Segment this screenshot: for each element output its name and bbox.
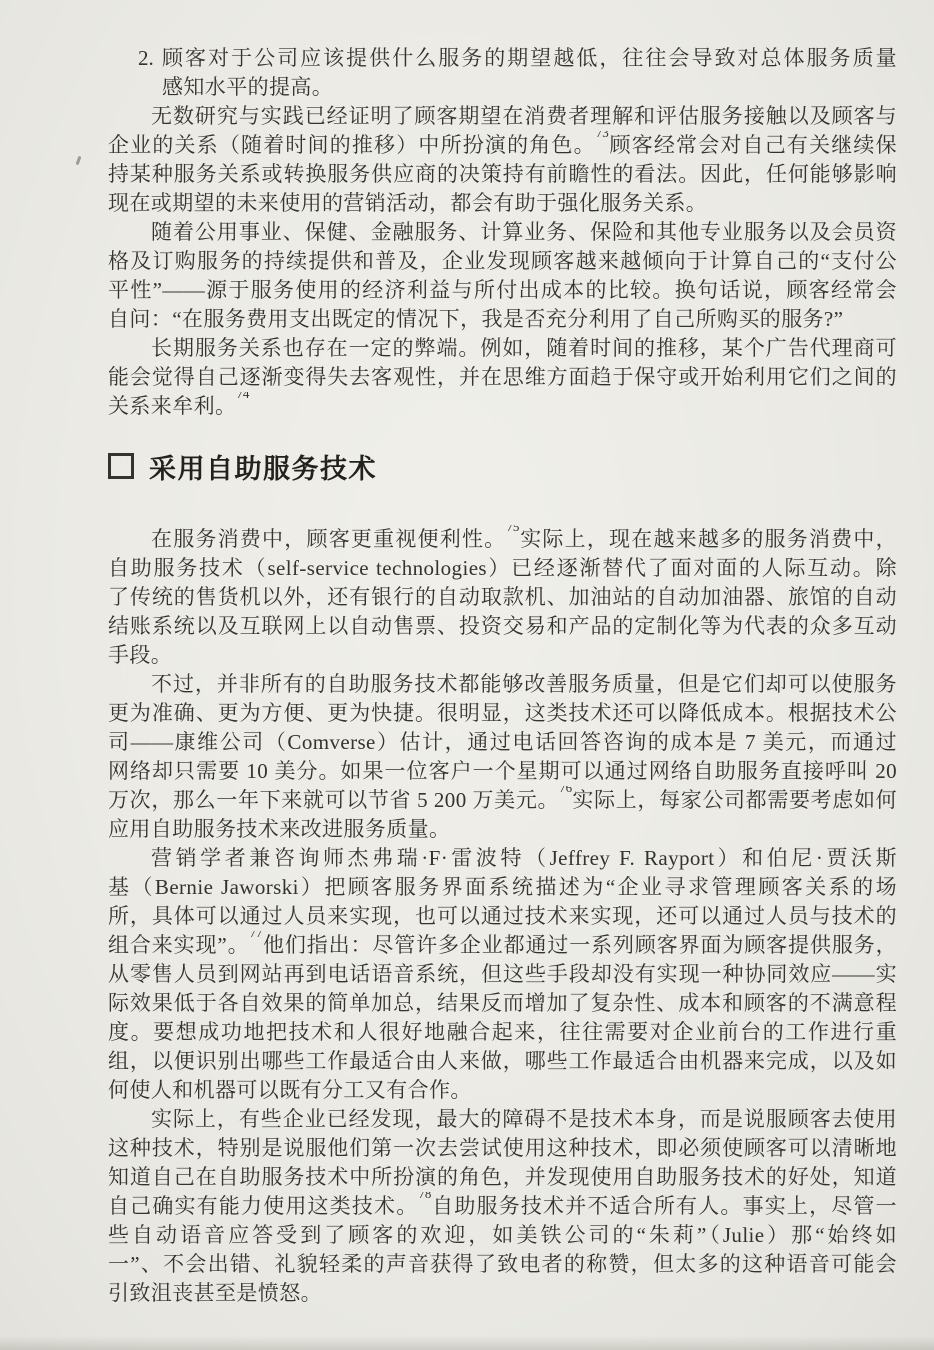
text-line: 司——康维公司（Comverse）估计，通过电话回答咨询的成本是 7 美元，而通…	[108, 728, 897, 757]
document-content: 2.顾客对于公司应该提供什么服务的期望越低，往往会导致对总体服务质量感知水平的提…	[108, 44, 897, 1308]
square-bullet-icon	[108, 453, 134, 479]
scan-speck-artifact	[76, 156, 82, 165]
paragraph: 实际上，有些企业已经发现，最大的障碍不是技术本身，而是说服顾客去使用这种技术，特…	[108, 1105, 897, 1308]
text-line: 知道自己在自助服务技术中所扮演的角色，并发现使用自助服务技术的好处，知道	[108, 1163, 897, 1192]
paragraph: 不过，并非所有的自助服务技术都能够改善服务质量，但是它们却可以使服务更为准确、更…	[108, 670, 897, 844]
text-line: 企业的关系（随着时间的推移）中所扮演的角色。73顾客经常会对自己有关继续保	[108, 131, 897, 160]
text-line: 更为准确、更为方便、更为快捷。很明显，这类技术还可以降低成本。根据技术公	[108, 699, 897, 728]
text-line: 顾客对于公司应该提供什么服务的期望越低，往往会导致对总体服务质量	[162, 44, 897, 73]
paragraph: 在服务消费中，顾客更重视便利性。75实际上，现在越来越多的服务消费中，自助服务技…	[108, 525, 897, 670]
text-line: 现在或期望的未来使用的营销活动，都会有助于强化服务关系。	[108, 189, 897, 218]
text-line: 自助服务技术（self-service technologies）已经逐渐替代了…	[108, 554, 897, 583]
paragraph: 长期服务关系也存在一定的弊端。例如，随着时间的推移，某个广告代理商可能会觉得自己…	[108, 334, 897, 421]
text-line: 一”、不会出错、礼貌轻柔的声音获得了致电者的称赞，但太多的这种语音可能会	[108, 1250, 897, 1279]
text-line: 实际上，有些企业已经发现，最大的障碍不是技术本身，而是说服顾客去使用	[108, 1105, 897, 1134]
text-line: 从零售人员到网站再到电话语音系统，但这些手段却没有实现一种协同效应——实	[108, 960, 897, 989]
text-line: 手段。	[108, 641, 897, 670]
text-line: 结账系统以及互联网上以自动售票、投资交易和产品的定制化等为代表的众多互动	[108, 612, 897, 641]
paragraph: 随着公用事业、保健、金融服务、计算业务、保险和其他专业服务以及会员资格及订购服务…	[108, 218, 897, 334]
text-line: 万次，那么一年下来就可以节省 5 200 万美元。76实际上，每家公司都需要考虑…	[108, 786, 897, 815]
footnote-ref: 78	[418, 1192, 431, 1201]
footnote-ref: 77	[249, 931, 262, 940]
text-line: 营销学者兼咨询师杰弗瑞·F·雷波特（Jeffrey F. Rayport）和伯尼…	[108, 844, 897, 873]
section-heading: 采用自助服务技术	[108, 449, 897, 483]
text-line: 网络却只需要 10 美分。如果一位客户一个星期可以通过网络自助服务直接呼叫 20	[108, 757, 897, 786]
text-line: 基（Bernie Jaworski）把顾客服务界面系统描述为“企业寻求管理顾客关…	[108, 873, 897, 902]
list-item-number: 2.	[138, 44, 154, 73]
text-line: 自问：“在服务费用支出既定的情况下，我是否充分利用了自己所购买的服务?”	[108, 305, 897, 334]
footnote-ref: 76	[559, 786, 572, 795]
text-line: 平性”——源于服务使用的经济利益与所付出成本的比较。换句话说，顾客经常会	[108, 276, 897, 305]
text-line: 在服务消费中，顾客更重视便利性。75实际上，现在越来越多的服务消费中，	[108, 525, 897, 554]
list-item: 2.顾客对于公司应该提供什么服务的期望越低，往往会导致对总体服务质量感知水平的提…	[108, 44, 897, 102]
text-line: 格及订购服务的持续提供和普及，企业发现顾客越来越倾向于计算自己的“支付公	[108, 247, 897, 276]
paragraph: 营销学者兼咨询师杰弗瑞·F·雷波特（Jeffrey F. Rayport）和伯尼…	[108, 844, 897, 1105]
text-line: 组合来实现”。77他们指出：尽管许多企业都通过一系列顾客界面为顾客提供服务，	[108, 931, 897, 960]
text-line: 无数研究与实践已经证明了顾客期望在消费者理解和评估服务接触以及顾客与	[108, 102, 897, 131]
text-line: 际效果低于各自效果的简单加总，结果反而增加了复杂性、成本和顾客的不满意程	[108, 989, 897, 1018]
text-line: 长期服务关系也存在一定的弊端。例如，随着时间的推移，某个广告代理商可	[108, 334, 897, 363]
footnote-ref: 75	[506, 525, 519, 534]
text-line: 关系来牟利。74	[108, 392, 897, 421]
paragraph: 无数研究与实践已经证明了顾客期望在消费者理解和评估服务接触以及顾客与企业的关系（…	[108, 102, 897, 218]
section-heading-text: 采用自助服务技术	[149, 447, 377, 486]
text-line: 所，具体可以通过人员来实现，也可以通过技术来实现，还可以通过人员与技术的	[108, 902, 897, 931]
text-line: 这种技术，特别是说服他们第一次去尝试使用这种技术，即必须使顾客可以清晰地	[108, 1134, 897, 1163]
text-line: 能会觉得自己逐渐变得失去客观性，并在思维方面趋于保守或开始利用它们之间的	[108, 363, 897, 392]
text-line: 随着公用事业、保健、金融服务、计算业务、保险和其他专业服务以及会员资	[108, 218, 897, 247]
text-line: 感知水平的提高。	[162, 73, 897, 102]
text-line: 自己确实有能力使用这类技术。78自助服务技术并不适合所有人。事实上，尽管一	[108, 1192, 897, 1221]
document-page: 2.顾客对于公司应该提供什么服务的期望越低，往往会导致对总体服务质量感知水平的提…	[0, 0, 934, 1350]
text-line: 引致沮丧甚至是愤怒。	[108, 1279, 897, 1308]
text-line: 了传统的售货机以外，还有银行的自动取款机、加油站的自动加油器、旅馆的自动	[108, 583, 897, 612]
text-line: 应用自助服务技术来改进服务质量。	[108, 815, 897, 844]
text-line: 何使人和机器可以既有分工又有合作。	[108, 1076, 897, 1105]
text-line: 组，以便识别出哪些工作最适合由人来做，哪些工作最适合由机器来完成，以及如	[108, 1047, 897, 1076]
text-line: 持某种服务关系或转换服务供应商的决策持有前瞻性的看法。因此，任何能够影响	[108, 160, 897, 189]
footnote-ref: 73	[596, 131, 609, 140]
text-line: 些自动语音应答受到了顾客的欢迎，如美铁公司的“朱莉”（Julie）那“始终如	[108, 1221, 897, 1250]
text-line: 度。要想成功地把技术和人很好地融合起来，往往需要对企业前台的工作进行重	[108, 1018, 897, 1047]
text-line: 不过，并非所有的自助服务技术都能够改善服务质量，但是它们却可以使服务	[108, 670, 897, 699]
footnote-ref: 74	[236, 392, 249, 401]
